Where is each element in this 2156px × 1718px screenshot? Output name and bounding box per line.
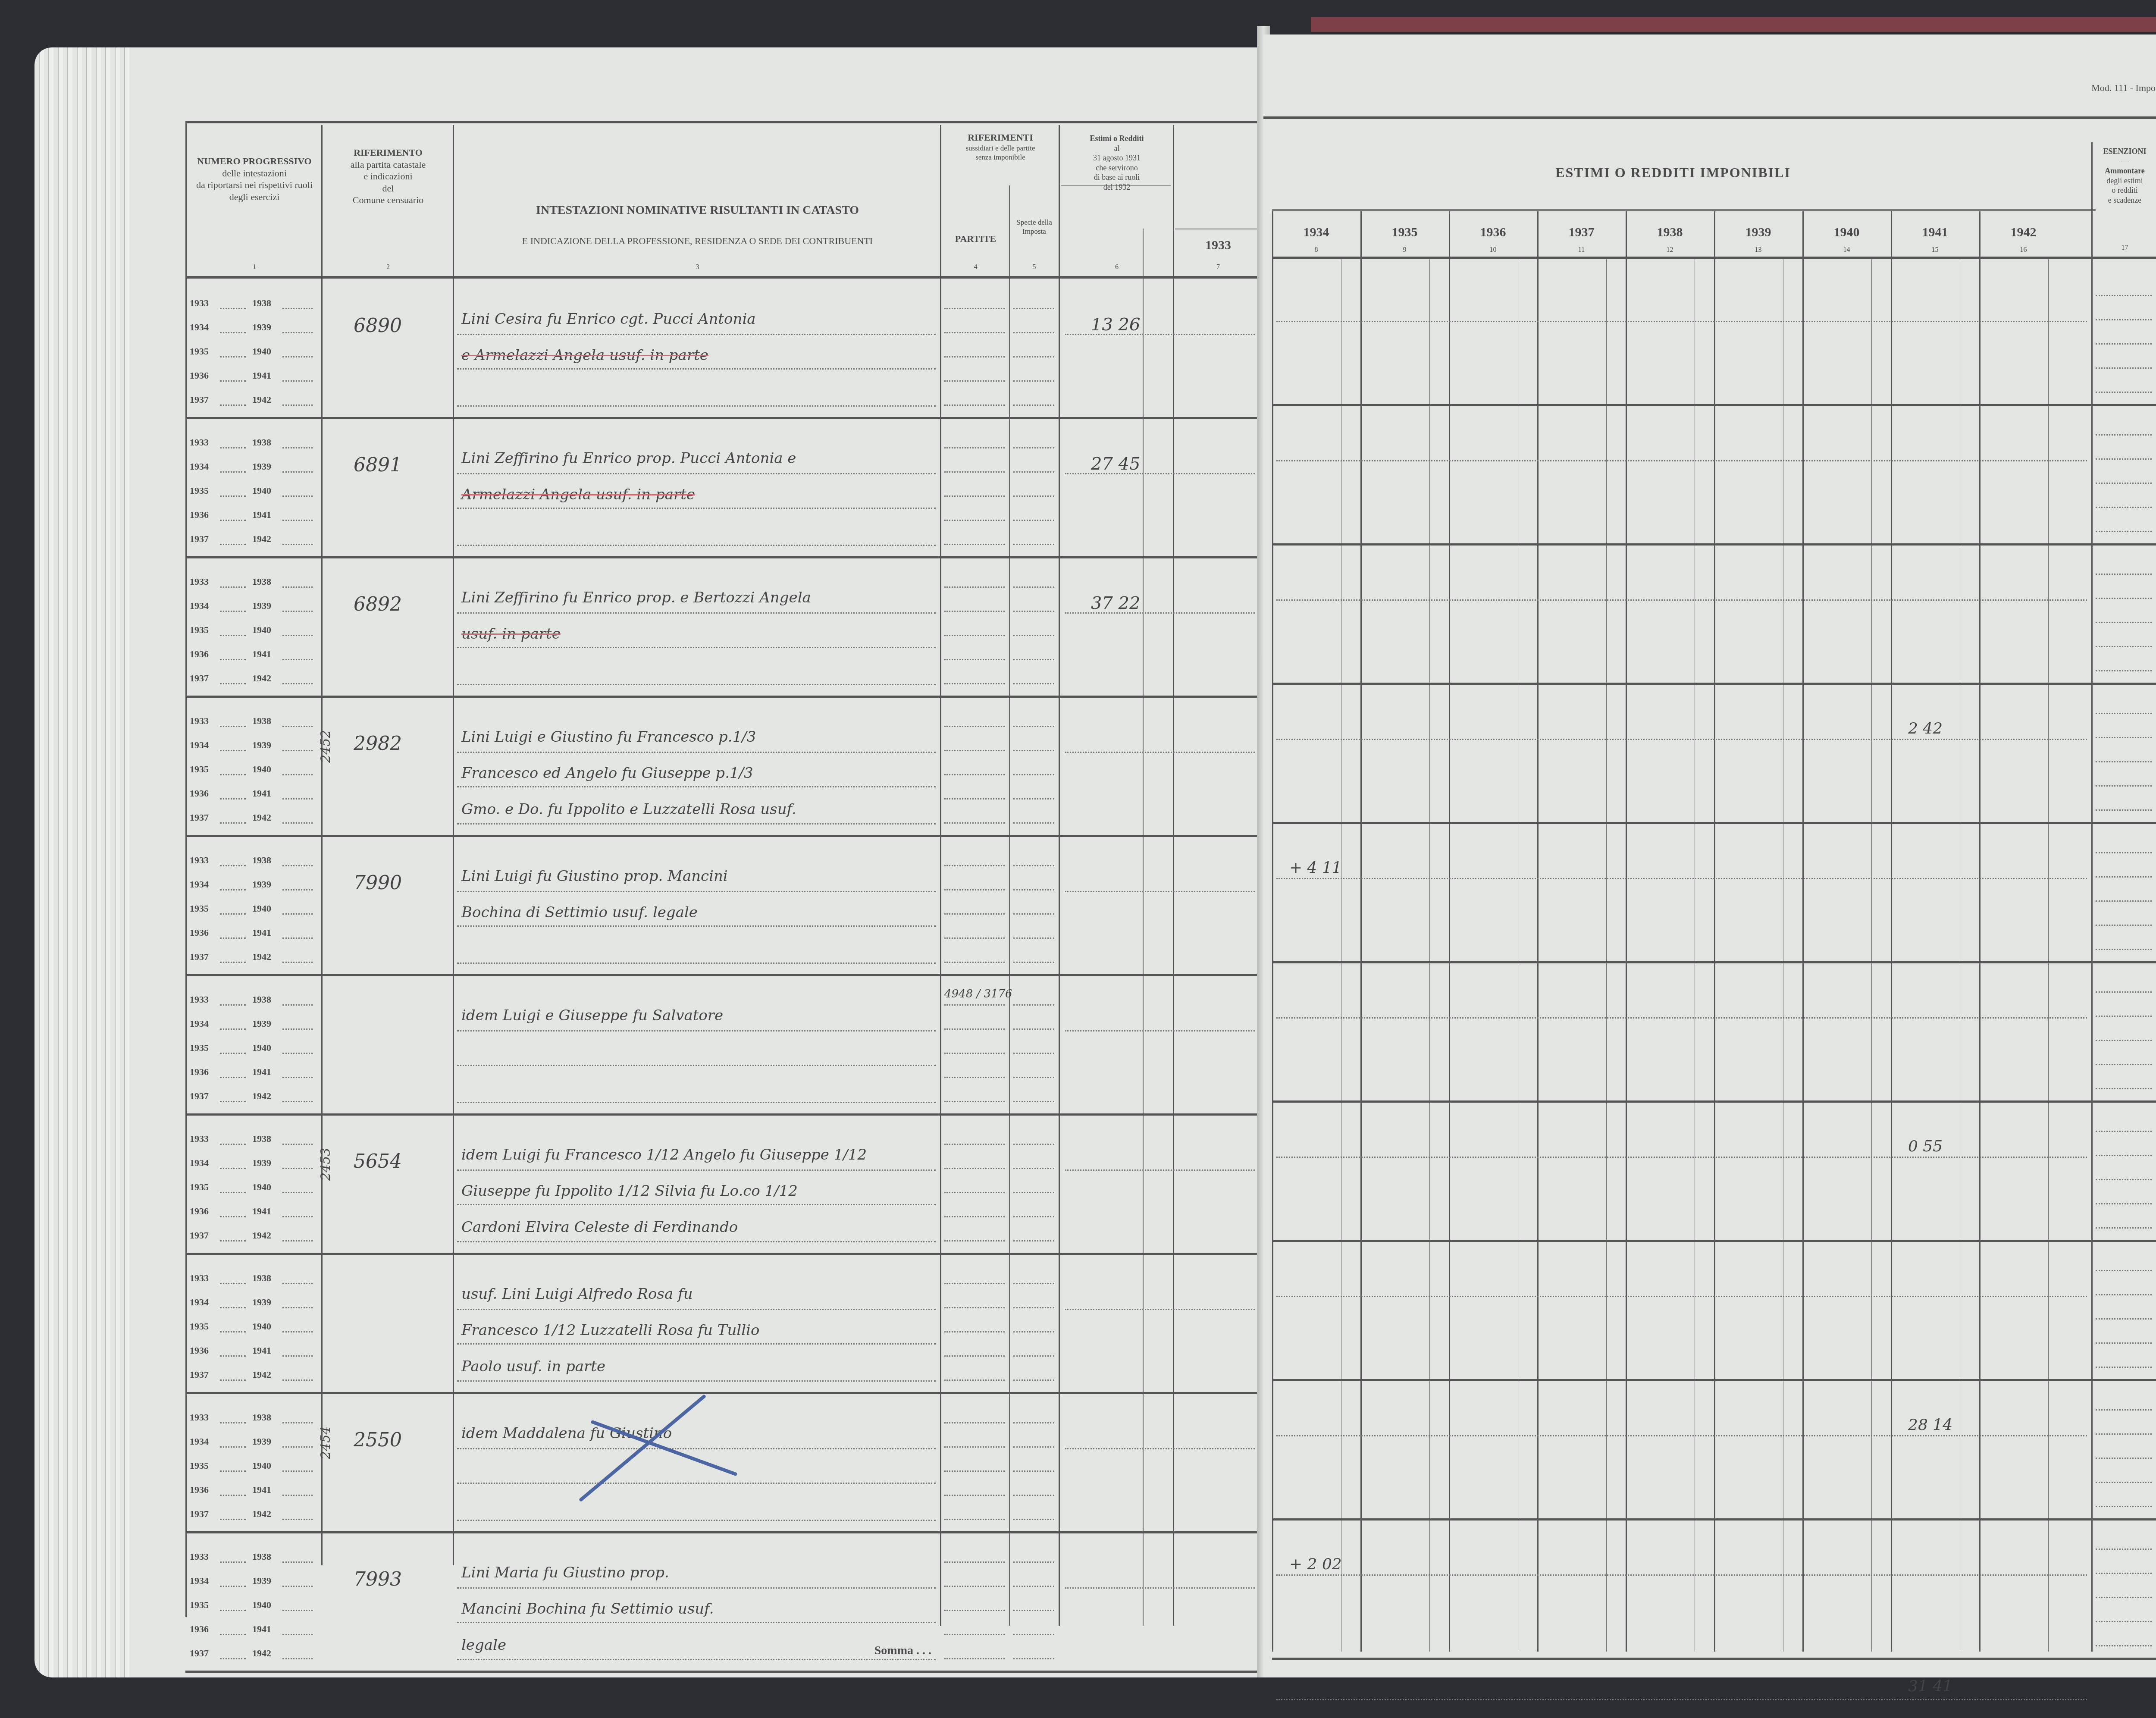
year-label: 1939 [252, 879, 271, 890]
year-label: 1933 [190, 855, 209, 866]
year-label: 1935 [190, 1599, 209, 1611]
year-label: 1940 [252, 1460, 271, 1471]
year-label: 1933 [190, 1133, 209, 1144]
entry-text-line: Lini Zeffirino fu Enrico prop. Pucci Ant… [461, 450, 796, 467]
partita-number: 2982 [354, 733, 402, 755]
year-label: 1934 [190, 1018, 209, 1029]
year-label: 1935 [190, 1042, 209, 1053]
row-separator [185, 1253, 1263, 1255]
year-label: 1936 [190, 649, 209, 660]
year-value-1941: 28 14 [1908, 1416, 1952, 1434]
partita-number: 6890 [354, 315, 402, 337]
year-label: 1934 [190, 1157, 209, 1169]
entry-text-line: Cardoni Elvira Celeste di Ferdinando [461, 1219, 738, 1236]
col2-rule [453, 125, 454, 1565]
year-label: 1940 [252, 485, 271, 496]
year-label: 1941 [252, 370, 271, 381]
year-cents-rule [1783, 259, 1783, 1652]
year-label: 1940 [252, 903, 271, 914]
col-number-14: 14 [1802, 246, 1891, 254]
row-separator [185, 1531, 1263, 1533]
entry-text-line: Armelazzi Angela usuf. in parte [461, 486, 695, 503]
form-code: Mod. 111 - Imposte Dirette (Intercalare)… [2053, 82, 2156, 94]
col-number-16: 16 [1979, 246, 2068, 254]
year-label: 1934 [190, 1575, 209, 1586]
col3-rule [940, 125, 941, 1626]
year-label: 1937 [190, 1230, 209, 1241]
header-year-1937: 1937 [1537, 224, 1626, 241]
header-esenzioni: ESENZIONI — Ammontare degli estimi o red… [2093, 147, 2156, 205]
year-label: 1942 [252, 533, 271, 545]
year-label: 1934 [190, 461, 209, 472]
entry-text-line: Gmo. e Do. fu Ippolito e Luzzatelli Rosa… [461, 801, 796, 818]
col-number-12: 12 [1626, 246, 1714, 254]
year-label: 1936 [190, 509, 209, 520]
year-label: 1942 [252, 394, 271, 405]
entry-text-line: Giuseppe fu Ippolito 1/12 Silvia fu Lo.c… [461, 1182, 798, 1200]
header-year-1934: 1934 [1272, 224, 1360, 241]
year-label: 1938 [252, 437, 271, 448]
header-specie-imposta: Specie della Imposta [1010, 218, 1059, 236]
year-label: 1934 [190, 879, 209, 890]
right-header-bottom-rule [1272, 257, 2156, 259]
year-label: 1933 [190, 576, 209, 587]
year-label: 1941 [252, 1345, 271, 1356]
year-label: 1938 [252, 1551, 271, 1562]
col-number-10: 10 [1449, 246, 1537, 254]
partita-number: 7993 [354, 1568, 402, 1590]
row-separator [185, 1671, 1263, 1673]
partita-number: 6892 [354, 593, 402, 615]
esenzioni-left-rule [2091, 142, 2093, 1652]
year-label: 1939 [252, 600, 271, 611]
right-header-top-rule [1263, 116, 2156, 119]
year-label: 1935 [190, 624, 209, 636]
year-label: 1933 [190, 298, 209, 309]
header-estimi-1931: Estimi o Redditi al 31 agosto 1931 che s… [1061, 134, 1173, 192]
year-label: 1936 [190, 788, 209, 799]
year-label: 1935 [190, 485, 209, 496]
header-riferimenti: RIFERIMENTI sussidiari e delle partite s… [942, 132, 1059, 162]
year-label: 1935 [190, 1460, 209, 1471]
year-cents-rule [1341, 259, 1341, 1652]
header-year-1935: 1935 [1360, 224, 1449, 241]
header-year-1942: 1942 [1979, 224, 2068, 241]
year-label: 1938 [252, 994, 271, 1005]
col4-rule [1009, 185, 1010, 1626]
partita-number: 7990 [354, 872, 402, 894]
row-separator [1272, 1379, 2156, 1381]
entry-text-line: Bochina di Settimio usuf. legale [461, 904, 698, 921]
header-partite: PARTITE [942, 233, 1009, 245]
year-label: 1937 [190, 951, 209, 962]
year-label: 1936 [190, 1484, 209, 1495]
year-value-1941: 2 42 [1908, 720, 1943, 737]
row-separator [1272, 1240, 2156, 1242]
partita-number: 6891 [354, 454, 402, 476]
year-label: 1941 [252, 649, 271, 660]
col-number-2: 2 [323, 263, 453, 272]
year-label: 1940 [252, 764, 271, 775]
year-label: 1938 [252, 1133, 271, 1144]
year-label: 1942 [252, 1648, 271, 1659]
year-label: 1935 [190, 346, 209, 357]
row-separator [185, 556, 1263, 558]
year-label: 1941 [252, 1484, 271, 1495]
row-separator [1272, 1518, 2156, 1520]
col-number-8: 8 [1272, 246, 1360, 254]
year-label: 1938 [252, 855, 271, 866]
header-year-1938: 1938 [1626, 224, 1714, 241]
year-label: 1934 [190, 740, 209, 751]
year-label: 1938 [252, 1412, 271, 1423]
header-year-1933: 1933 [1175, 237, 1261, 254]
reddito-1931-value: 37 22 [1091, 593, 1141, 613]
col-number-5: 5 [1010, 263, 1059, 272]
year-label: 1942 [252, 1230, 271, 1241]
entry-text-line: Lini Luigi fu Giustino prop. Mancini [461, 868, 728, 885]
somma-label: Somma . . . [802, 1643, 931, 1658]
entry-text-line: Lini Cesira fu Enrico cgt. Pucci Antonia [461, 310, 756, 328]
header-numero-progressivo: NUMERO PROGRESSIVO delle intestazioni da… [188, 155, 321, 203]
year-label: 1941 [252, 1206, 271, 1217]
year-label: 1942 [252, 673, 271, 684]
entry-text-line: Lini Luigi e Giustino fu Francesco p.1/3 [461, 728, 756, 746]
year-label: 1941 [252, 509, 271, 520]
year-label: 1937 [190, 1508, 209, 1520]
year-label: 1937 [190, 1369, 209, 1380]
header-intestazioni: INTESTAZIONI NOMINATIVE RISULTANTI IN CA… [455, 203, 940, 247]
year-label: 1933 [190, 437, 209, 448]
year-value-1934: + 2 02 [1289, 1555, 1342, 1573]
year-label: 1940 [252, 346, 271, 357]
col-number-17: 17 [2093, 244, 2156, 252]
year-label: 1934 [190, 1436, 209, 1447]
col6-rule [1173, 125, 1174, 1626]
year-cents-rule [1695, 259, 1695, 1652]
year-label: 1939 [252, 1157, 271, 1169]
row-separator [185, 1113, 1263, 1116]
year-label: 1942 [252, 1091, 271, 1102]
entry-text-line: e Armelazzi Angela usuf. in parte [461, 347, 708, 364]
year-value-1941: 0 55 [1908, 1138, 1943, 1155]
year-label: 1937 [190, 394, 209, 405]
year-label: 1942 [252, 812, 271, 823]
row-separator [1272, 404, 2156, 406]
year-label: 1941 [252, 788, 271, 799]
year-label: 1940 [252, 1599, 271, 1611]
col-number-13: 13 [1714, 246, 1802, 254]
col-number-3: 3 [455, 263, 940, 272]
year-label: 1936 [190, 1206, 209, 1217]
year-label: 1941 [252, 1624, 271, 1635]
row-separator [185, 417, 1263, 419]
row-separator [1272, 543, 2156, 545]
row-separator [185, 696, 1263, 698]
year-cents-rule [1429, 259, 1430, 1652]
year-label: 1936 [190, 927, 209, 938]
col-number-1: 1 [188, 263, 321, 272]
row-separator [185, 835, 1263, 837]
row-separator [1272, 961, 2156, 963]
col6-cents-rule [1143, 229, 1144, 1626]
header-year-1940: 1940 [1802, 224, 1891, 241]
row-separator [185, 974, 1263, 976]
col-number-4: 4 [942, 263, 1009, 272]
year-label: 1933 [190, 1273, 209, 1284]
year-label: 1937 [190, 1091, 209, 1102]
header-top-rule [185, 121, 1263, 123]
year-label: 1942 [252, 1508, 271, 1520]
right-page: Mod. 111 - Imposte Dirette (Intercalare)… [1263, 34, 2156, 1677]
year-cents-rule [1606, 259, 1607, 1652]
year-label: 1935 [190, 1321, 209, 1332]
year-label: 1935 [190, 903, 209, 914]
col7-sub-rule [1175, 229, 1261, 229]
year-label: 1942 [252, 1369, 271, 1380]
entry-text-line: usuf. in parte [461, 625, 561, 643]
reddito-1931-value: 27 45 [1091, 454, 1141, 474]
header-year-1936: 1936 [1449, 224, 1537, 241]
left-page: NUMERO PROGRESSIVO delle intestazioni da… [129, 47, 1263, 1677]
year-label: 1933 [190, 715, 209, 727]
year-label: 1939 [252, 1018, 271, 1029]
year-col-rule [1272, 211, 1273, 1652]
year-label: 1935 [190, 764, 209, 775]
entry-text-line: usuf. Lini Luigi Alfredo Rosa fu [461, 1285, 693, 1303]
entry-text-line: Lini Maria fu Giustino prop. [461, 1564, 669, 1581]
year-label: 1933 [190, 1412, 209, 1423]
year-label: 1940 [252, 1182, 271, 1193]
entry-text-line: Paolo usuf. in parte [461, 1358, 605, 1375]
year-cents-rule [1871, 259, 1872, 1652]
row-separator [185, 1392, 1263, 1394]
year-label: 1933 [190, 994, 209, 1005]
entry-text-line: Lini Zeffirino fu Enrico prop. e Bertozz… [461, 589, 811, 606]
row-separator [1272, 822, 2156, 824]
year-label: 1939 [252, 740, 271, 751]
entry-text-line: Francesco 1/12 Luzzatelli Rosa fu Tullio [461, 1322, 759, 1339]
row-separator [1272, 683, 2156, 685]
year-label: 1936 [190, 1624, 209, 1635]
year-label: 1939 [252, 1436, 271, 1447]
entry-text-line: Mancini Bochina fu Settimio usuf. [461, 1600, 714, 1618]
year-cents-rule [1960, 259, 1960, 1652]
year-cents-rule [1518, 259, 1518, 1652]
year-label: 1937 [190, 1648, 209, 1659]
year-label: 1942 [252, 951, 271, 962]
header-year-1941: 1941 [1891, 224, 1979, 241]
year-label: 1936 [190, 370, 209, 381]
header-year-1939: 1939 [1714, 224, 1802, 241]
col-number-7: 7 [1175, 263, 1261, 272]
header-riferimento: RIFERIMENTO alla partita catastale e ind… [323, 147, 453, 206]
year-label: 1936 [190, 1345, 209, 1356]
side-reference: 2454 [318, 1426, 333, 1459]
year-label: 1940 [252, 624, 271, 636]
year-label: 1939 [252, 1575, 271, 1586]
col1-rule [321, 125, 323, 1565]
entry-text-line: idem Luigi fu Francesco 1/12 Angelo fu G… [461, 1146, 867, 1163]
col-number-6: 6 [1061, 263, 1173, 272]
year-label: 1937 [190, 533, 209, 545]
year-label: 1938 [252, 1273, 271, 1284]
row-separator [1272, 1658, 2156, 1660]
year-label: 1937 [190, 673, 209, 684]
year-label: 1936 [190, 1066, 209, 1078]
year-label: 1938 [252, 576, 271, 587]
year-label: 1938 [252, 715, 271, 727]
year-value-1934: + 4 11 [1289, 859, 1342, 877]
year-label: 1940 [252, 1042, 271, 1053]
year-label: 1940 [252, 1321, 271, 1332]
year-label: 1935 [190, 1182, 209, 1193]
book-spine-edge [1311, 17, 2156, 32]
year-label: 1939 [252, 461, 271, 472]
year-label: 1937 [190, 812, 209, 823]
years-sub-rule [1272, 209, 2096, 211]
year-label: 1939 [252, 322, 271, 333]
reddito-1931-value: 13 26 [1091, 315, 1141, 335]
col-number-15: 15 [1891, 246, 1979, 254]
entry-text-line: legale [461, 1636, 506, 1654]
row-separator [1272, 1100, 2156, 1103]
header-estimi-imponibili: ESTIMI O REDDITI IMPONIBILI [1263, 164, 2083, 181]
year-label: 1933 [190, 1551, 209, 1562]
header-bottom-rule [185, 276, 1263, 279]
year-label: 1941 [252, 1066, 271, 1078]
year-label: 1934 [190, 1297, 209, 1308]
riferimenti-value: 4948 / 3176 [944, 985, 1012, 1003]
year-label: 1938 [252, 298, 271, 309]
year-label: 1934 [190, 600, 209, 611]
year-label: 1934 [190, 322, 209, 333]
partita-number: 5654 [354, 1151, 402, 1173]
year-cents-rule [2048, 259, 2049, 1652]
entry-text-line: Francesco ed Angelo fu Giuseppe p.1/3 [461, 765, 753, 782]
year-label: 1941 [252, 927, 271, 938]
side-reference: 2452 [318, 730, 333, 763]
col-number-11: 11 [1537, 246, 1626, 254]
col5-rule [1059, 125, 1060, 1626]
entry-text-line: idem Luigi e Giuseppe fu Salvatore [461, 1007, 723, 1024]
side-reference: 2453 [318, 1148, 333, 1181]
col-number-9: 9 [1360, 246, 1449, 254]
year-label: 1939 [252, 1297, 271, 1308]
partita-number: 2550 [354, 1429, 402, 1451]
total-1941: 31 41 [1908, 1677, 1952, 1695]
